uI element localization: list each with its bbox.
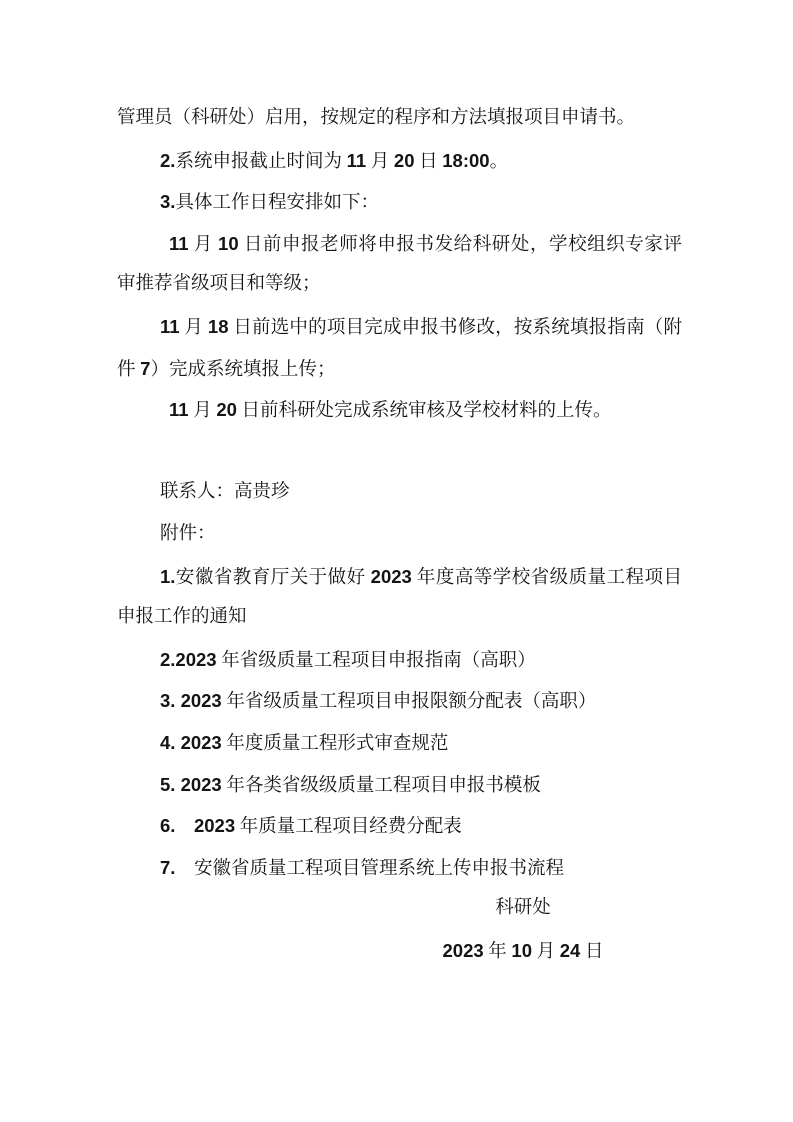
line-schedule-nov10: 11 月 10 日前申报老师将申报书发给科研处，学校组织专家评 — [117, 223, 682, 265]
text-segment: 18:00 — [442, 150, 489, 171]
signature-date: 2023 年 10 月 24 日 — [383, 930, 663, 972]
text-segment: 2. — [160, 150, 175, 171]
text-segment: 年各类省级级质量工程项目申报书模板 — [222, 776, 541, 796]
text-segment: 10 — [218, 233, 239, 254]
text-segment: 附件： — [160, 524, 216, 544]
text-segment: 年度高等学校省级质量工程项目 — [412, 568, 682, 588]
line-attachment-7: 7. 安徽省质量工程项目管理系统上传申报书流程 — [117, 847, 682, 889]
line-attachment-4: 4. 2023 年度质量工程形式审查规范 — [117, 722, 682, 764]
signature-department: 科研处 — [383, 888, 663, 930]
text-segment: 系统申报截止时间为 — [175, 152, 346, 172]
line-schedule-nov20: 11 月 20 日前科研处完成系统审核及学校材料的上传。 — [117, 389, 682, 431]
document-body: 管理员（科研处）启用，按规定的程序和方法填报项目申请书。 2.系统申报截止时间为… — [117, 98, 682, 971]
line-schedule-nov18-cont: 件 7）完成系统填报上传； — [117, 348, 682, 390]
text-segment: 1. — [160, 566, 175, 587]
line-attachments-heading: 附件： — [117, 514, 682, 556]
text-segment: 年 — [484, 942, 512, 962]
text-segment: 2023 — [371, 566, 412, 587]
text-segment: 月 — [180, 318, 208, 338]
text-segment: 20 — [394, 150, 415, 171]
text-segment: 月 — [366, 152, 394, 172]
text-segment: 3. 2023 — [160, 690, 222, 711]
text-segment: 年省级质量工程项目申报指南（高职） — [217, 651, 536, 671]
text-segment: 4. 2023 — [160, 732, 222, 753]
document-page: 管理员（科研处）启用，按规定的程序和方法填报项目申请书。 2.系统申报截止时间为… — [0, 0, 793, 1122]
text-segment: 联系人：高贵珍 — [160, 482, 290, 502]
text-segment: 24 — [560, 940, 581, 961]
text-segment: 11 — [347, 150, 367, 171]
line-attachment-1-cont: 申报工作的通知 — [117, 597, 682, 639]
line-contact-person: 联系人：高贵珍 — [117, 472, 682, 514]
text-segment: 18 — [208, 316, 229, 337]
text-segment: ）完成系统填报上传； — [150, 360, 335, 380]
text-segment: 日 — [414, 152, 442, 172]
text-segment: 2023 — [194, 815, 235, 836]
line-admin-procedure: 管理员（科研处）启用，按规定的程序和方法填报项目申请书。 — [117, 98, 682, 140]
text-segment: 日 — [580, 942, 603, 962]
text-segment: 具体工作日程安排如下： — [175, 193, 379, 213]
line-attachment-2: 2.2023 年省级质量工程项目申报指南（高职） — [117, 639, 682, 681]
text-segment: 11 — [160, 316, 180, 337]
text-segment — [175, 817, 194, 837]
text-segment: 月 — [532, 942, 560, 962]
text-segment: 3. — [160, 191, 175, 212]
text-segment: 件 — [117, 360, 140, 380]
text-segment: 7 — [140, 358, 150, 379]
text-segment: 11 — [169, 233, 189, 254]
text-segment: 7. — [160, 857, 175, 878]
line-attachment-1: 1.安徽省教育厅关于做好 2023 年度高等学校省级质量工程项目 — [117, 556, 682, 598]
text-segment: 6. — [160, 815, 175, 836]
text-segment: 安徽省教育厅关于做好 — [175, 568, 370, 588]
text-segment: 科研处 — [495, 898, 551, 918]
text-segment: 管理员（科研处）启用，按规定的程序和方法填报项目申请书。 — [117, 108, 635, 128]
line-attachment-5: 5. 2023 年各类省级级质量工程项目申报书模板 — [117, 764, 682, 806]
line-schedule-intro: 3.具体工作日程安排如下： — [117, 181, 682, 223]
text-segment: 2.2023 — [160, 649, 217, 670]
blank-line — [117, 431, 682, 473]
text-segment: 年度质量工程形式审查规范 — [222, 734, 449, 754]
text-segment: 月 — [189, 401, 217, 421]
text-segment: 5. 2023 — [160, 774, 222, 795]
text-segment: 日前选中的项目完成申报书修改，按系统填报指南（附 — [229, 318, 682, 338]
text-segment: 2023 — [443, 940, 484, 961]
text-segment: 审推荐省级项目和等级； — [117, 274, 321, 294]
text-segment: 申报工作的通知 — [117, 607, 247, 627]
text-segment: 日前申报老师将申报书发给科研处，学校组织专家评 — [239, 235, 682, 255]
line-schedule-nov10-cont: 审推荐省级项目和等级； — [117, 264, 682, 306]
line-schedule-nov18: 11 月 18 日前选中的项目完成申报书修改，按系统填报指南（附 — [117, 306, 682, 348]
text-segment: 月 — [189, 235, 218, 255]
text-segment: 年省级质量工程项目申报限额分配表（高职） — [222, 692, 597, 712]
text-segment: 20 — [216, 399, 237, 420]
text-segment: 日前科研处完成系统审核及学校材料的上传。 — [237, 401, 612, 421]
text-segment: 11 — [169, 399, 189, 420]
text-segment: 10 — [511, 940, 532, 961]
text-segment: 安徽省质量工程项目管理系统上传申报书流程 — [175, 859, 564, 879]
line-system-deadline: 2.系统申报截止时间为 11 月 20 日 18:00。 — [117, 140, 682, 182]
line-attachment-6: 6. 2023 年质量工程项目经费分配表 — [117, 805, 682, 847]
text-segment: 年质量工程项目经费分配表 — [235, 817, 462, 837]
text-segment: 。 — [490, 152, 509, 172]
line-attachment-3: 3. 2023 年省级质量工程项目申报限额分配表（高职） — [117, 680, 682, 722]
